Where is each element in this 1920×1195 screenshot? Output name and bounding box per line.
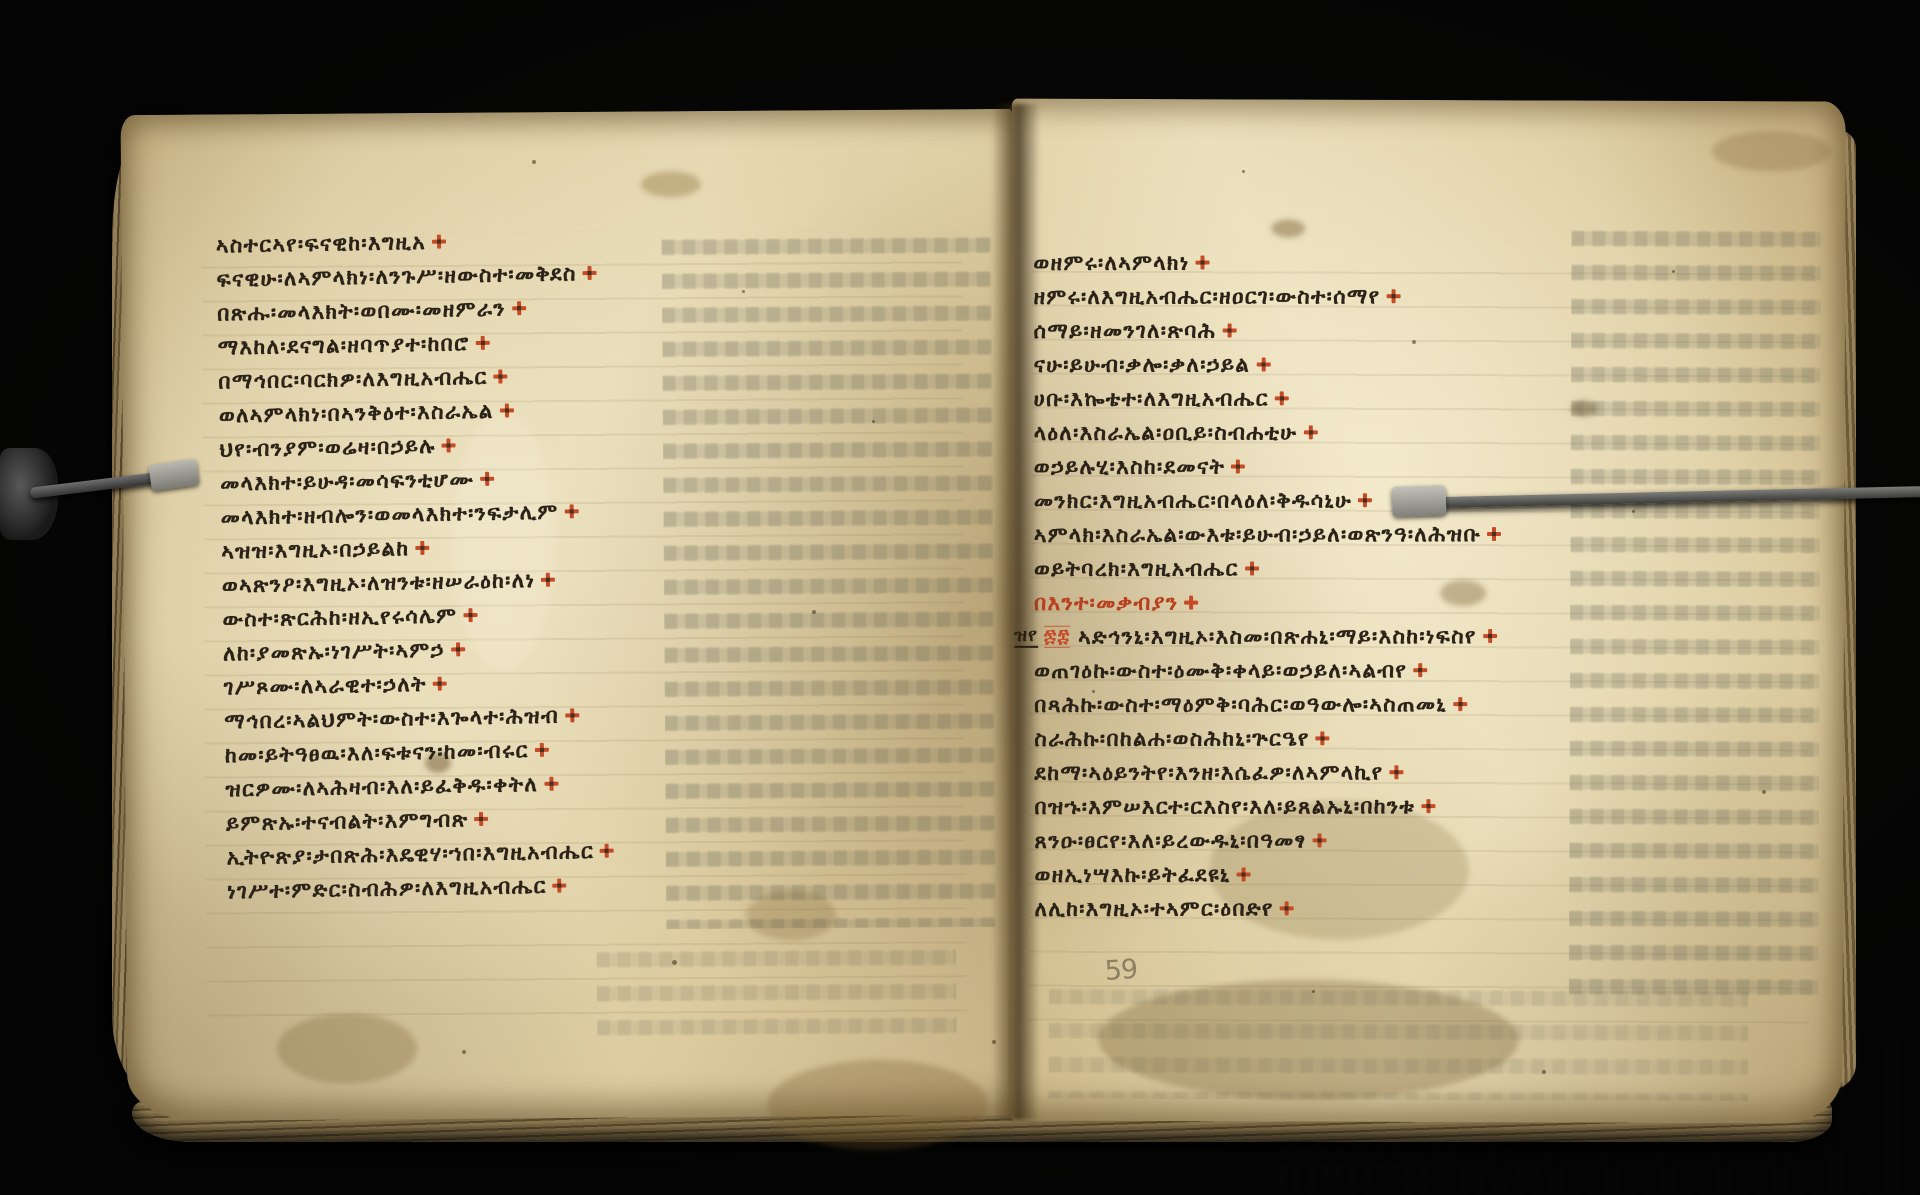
manuscript-line: ዝየ፷፰ኣድኅንኒ፡እግዚኦ፡እስመ፡በጽሐኒ፡ማይ፡እስከ፡ነፍስየ xyxy=(1014,619,1501,654)
line-end-cross-mark xyxy=(433,677,447,691)
manuscript-line: ወይትባረክ፡እግዚአብሔር xyxy=(1034,551,1501,586)
line-end-cross-mark xyxy=(1390,765,1404,779)
gutter-shadow xyxy=(992,104,1040,1120)
line-end-cross-mark xyxy=(494,369,508,383)
parchment-stain xyxy=(1271,219,1305,237)
geez-text: መላእክተ፡ዘብሎን፡ወመላእክተ፡ንፍታሊም xyxy=(220,495,558,535)
parchment-speck xyxy=(1632,510,1635,513)
parchment-speck xyxy=(1672,270,1675,273)
line-end-cross-mark xyxy=(1222,323,1236,337)
parchment-speck xyxy=(872,420,875,423)
line-end-cross-mark xyxy=(1386,289,1400,303)
line-end-cross-mark xyxy=(1196,256,1210,270)
line-end-cross-mark xyxy=(451,642,465,656)
manuscript-line: ወዘምሩ፡ለኣምላክነ xyxy=(1033,245,1500,280)
parchment-speck xyxy=(1312,990,1315,993)
line-end-cross-mark xyxy=(535,743,549,757)
line-end-cross-mark xyxy=(541,573,555,587)
geez-text: ከመ፡ይትዓፀዉ፡እለ፡ፍቱናን፡ከመ፡ብሩር xyxy=(225,733,529,772)
parchment-speck xyxy=(812,610,816,614)
parchment-speck xyxy=(1242,170,1245,173)
geez-text: በዝኁ፡እምሠእርተ፡ርእስየ፡እለ፡ይጸልኡኒ፡በከንቱ xyxy=(1034,789,1415,824)
geez-text: በማኅበር፡ባርክዎ፡ለእግዚአብሔር xyxy=(218,360,488,399)
parchment-stain xyxy=(1712,131,1832,171)
manuscript-line: በዝኁ፡እምሠእርተ፡ርእስየ፡እለ፡ይጸልኡኒ፡በከንቱ xyxy=(1034,789,1501,824)
parchment-speck xyxy=(1412,340,1416,344)
geez-text: ወይትባረክ፡እግዚአብሔር xyxy=(1034,551,1239,585)
geez-text: መንክር፡እግዚአብሔር፡በላዕለ፡ቅዱሳኒሁ xyxy=(1034,483,1352,518)
geez-text: ገሥጾሙ፡ለኣራዊተ፡ኃለት xyxy=(223,667,427,705)
line-end-cross-mark xyxy=(474,812,488,826)
line-end-cross-mark xyxy=(476,336,490,350)
parchment-speck xyxy=(1092,690,1095,693)
geez-text: በእንተ፡መቃብያን xyxy=(1034,586,1178,620)
geez-text: ለከ፡ያመጽኡ፡ነገሥት፡ኣምኃ xyxy=(223,633,445,671)
parchment-speck xyxy=(462,1050,466,1054)
geez-text: ወጠገዕኩ፡ውስተ፡ዕሙቅ፡ቀላይ፡ወኃይለ፡ኣልብየ xyxy=(1034,653,1407,688)
geez-text: ወለኣምላክነ፡በኣንቅዕተ፡እስራኤል xyxy=(219,394,494,433)
parchment-stain xyxy=(277,1013,417,1084)
line-end-cross-mark xyxy=(583,266,597,280)
bleed-through-text xyxy=(596,939,957,1052)
line-end-cross-mark xyxy=(415,541,429,555)
line-end-cross-mark xyxy=(1358,493,1372,507)
geez-text: ዘምሩ፡ለእግዚአብሔር፡ዘዐርገ፡ውስተ፡ሰማየ xyxy=(1034,279,1381,314)
parchment-speck xyxy=(1762,790,1766,794)
manuscript-line: ዘምሩ፡ለእግዚአብሔር፡ዘዐርገ፡ውስተ፡ሰማየ xyxy=(1034,279,1501,314)
line-end-cross-mark xyxy=(565,504,579,518)
geez-text: ስራሕኩ፡በከልሐ፡ወስሕከኒ፡ጕርዔየ xyxy=(1034,721,1309,755)
manuscript-line: ኣምላክ፡እስራኤል፡ውእቱ፡ይሁብ፡ኃይለ፡ወጽንዓ፡ለሕዝቡ xyxy=(1034,517,1501,552)
geez-text: ጸንዑ፡ፀርየ፡እለ፡ይረውዱኒ፡በዓመፃ xyxy=(1035,823,1307,857)
line-end-cross-mark xyxy=(463,608,477,622)
geez-text: ወዘምሩ፡ለኣምላክነ xyxy=(1033,246,1189,280)
manuscript-line: ነገሥተ፡ምድር፡ስብሕዎ፡ለእግዚአብሔር xyxy=(227,868,615,909)
line-end-cross-mark xyxy=(1316,731,1330,745)
bleed-through-text xyxy=(1569,221,1822,1002)
open-manuscript-book: ኣስተርኣየ፡ፍናዊከ፡እግዚአፍናዊሁ፡ለኣምላክነ፡ለንጉሥ፡ዘውስተ፡መቅ… xyxy=(112,90,1856,1142)
parchment-speck xyxy=(1542,1070,1546,1074)
geez-text: መላእክተ፡ይሁዳ፡መሳፍንቲሆሙ xyxy=(220,462,475,500)
line-end-cross-mark xyxy=(432,234,446,248)
line-end-cross-mark xyxy=(1280,901,1294,915)
geez-text: ኣዝዝ፡እግዚኦ፡በኃይልከ xyxy=(221,531,410,568)
geez-text: ደከማ፡ኣዕይንትየ፡እንዘ፡እሴፈዎ፡ለኣምላኪየ xyxy=(1034,755,1383,790)
geez-text: ውስተ፡ጽርሕከ፡ዘኢየሩሳሌም xyxy=(222,598,457,636)
manuscript-line: ደከማ፡ኣዕይንትየ፡እንዘ፡እሴፈዎ፡ለኣምላኪየ xyxy=(1034,755,1501,790)
geez-text: ለሊከ፡እግዚኦ፡ተኣምር፡ዕበድየ xyxy=(1035,891,1274,925)
bleed-through-text xyxy=(661,227,996,929)
right-support-clip xyxy=(1391,485,1446,517)
manuscript-line: ፍናዊሁ፡ለኣምላክነ፡ለንጉሥ፡ዘውስተ፡መቅደስ xyxy=(216,256,604,297)
line-end-cross-mark xyxy=(1303,425,1317,439)
geez-text: ነገሥተ፡ምድር፡ስብሕዎ፡ለእግዚአብሔር xyxy=(227,869,547,909)
manuscript-line: ጸንዑ፡ፀርየ፡እለ፡ይረውዱኒ፡በዓመፃ xyxy=(1035,823,1502,858)
geez-text: ላዕለ፡እስራኤል፡ዐቢይ፡ስብሐቲሁ xyxy=(1034,415,1298,449)
line-end-cross-mark xyxy=(1256,357,1270,371)
line-end-cross-mark xyxy=(1483,629,1497,643)
geez-text: ህየ፡ብንያም፡ወሬዛ፡በኃይሉ xyxy=(219,429,436,467)
line-end-cross-mark xyxy=(565,708,579,722)
parchment-speck xyxy=(362,510,365,513)
left-page: ኣስተርኣየ፡ፍናዊከ፡እግዚአፍናዊሁ፡ለኣምላክነ፡ለንጉሥ፡ዘውስተ፡መቅ… xyxy=(120,109,1019,1121)
parchment-speck xyxy=(532,160,536,164)
manuscript-line: መላእክተ፡ዘብሎን፡ወመላእክተ፡ንፍታሊም xyxy=(220,494,608,535)
line-end-cross-mark xyxy=(1245,561,1259,575)
line-end-cross-mark xyxy=(1231,459,1245,473)
manuscript-line: ላዕለ፡እስራኤል፡ዐቢይ፡ስብሐቲሁ xyxy=(1034,415,1501,450)
line-end-cross-mark xyxy=(442,438,456,452)
right-page-text-block: ወዘምሩ፡ለኣምላክነዘምሩ፡ለእግዚአብሔር፡ዘዐርገ፡ውስተ፡ሰማየሰማይ፡… xyxy=(1033,245,1501,926)
margin-psalm-numeral: ፷፰ xyxy=(1044,626,1070,648)
manuscript-line: ናሁ፡ይሁብ፡ቃሎ፡ቃለ፡ኃይል xyxy=(1034,347,1501,382)
geez-text: ዝርዎሙ፡ለኣሕዛብ፡እለ፡ይፈቅዱ፡ቀትለ xyxy=(225,767,538,806)
manuscript-line: ስራሕኩ፡በከልሐ፡ወስሕከኒ፡ጕርዔየ xyxy=(1034,721,1501,756)
line-end-cross-mark xyxy=(1421,799,1435,813)
manuscript-line: ማኅበረ፡ኣልህምት፡ውስተ፡እጐላተ፡ሕዝብ xyxy=(224,698,612,739)
line-end-cross-mark xyxy=(480,472,494,486)
manuscript-line: ኢትዮጽያ፡ታበጽሕ፡እዴዊሃ፡ኀበ፡እግዚአብሔር xyxy=(226,834,614,875)
line-end-cross-mark xyxy=(544,777,558,791)
bleed-through-text xyxy=(1048,979,1748,1101)
right-page: ወዘምሩ፡ለኣምላክነዘምሩ፡ለእግዚአብሔር፡ዘዐርገ፡ውስተ፡ሰማየሰማይ፡… xyxy=(1008,99,1846,1124)
pencil-folio-number: 59 xyxy=(1104,954,1138,987)
line-end-cross-mark xyxy=(1413,663,1427,677)
line-end-cross-mark xyxy=(1275,391,1289,405)
geez-text: ወኣጽንዖ፡እግዚኦ፡ለዝንቱ፡ዘሠራዕከ፡ለነ xyxy=(222,563,536,602)
geez-text: ኣድኅንኒ፡እግዚኦ፡እስመ፡በጽሐኒ፡ማይ፡እስከ፡ነፍስየ xyxy=(1078,619,1477,654)
manuscript-line: ወኃይሉሂ፡እስከ፡ደመናት xyxy=(1034,449,1501,484)
geez-text: ሰማይ፡ዘመንገለ፡ጽባሕ xyxy=(1034,314,1217,348)
geez-text: በጻሕኩ፡ውስተ፡ማዕምቅ፡ባሕር፡ወዓውሎ፡ኣስጠመኒ xyxy=(1034,687,1447,722)
manuscript-line: ወጠገዕኩ፡ውስተ፡ዕሙቅ፡ቀላይ፡ወኃይለ፡ኣልብየ xyxy=(1034,653,1501,688)
line-end-cross-mark xyxy=(600,844,614,858)
geez-text: ወኃይሉሂ፡እስከ፡ደመናት xyxy=(1034,450,1225,484)
parchment-stain xyxy=(641,171,701,197)
geez-text: ኣስተርኣየ፡ፍናዊከ፡እግዚአ xyxy=(216,225,427,263)
left-page-text-block: ኣስተርኣየ፡ፍናዊከ፡እግዚአፍናዊሁ፡ለኣምላክነ፡ለንጉሥ፡ዘውስተ፡መቅ… xyxy=(216,222,615,909)
geez-text: ኣምላክ፡እስራኤል፡ውእቱ፡ይሁብ፡ኃይለ፡ወጽንዓ፡ለሕዝቡ xyxy=(1034,517,1481,552)
line-end-cross-mark xyxy=(1313,833,1327,847)
geez-text: ይምጽኡ፡ተናብልት፡እምግብጽ xyxy=(226,802,469,840)
manuscript-line: ወዘኢነሣእኩ፡ይትፈደዩኒ xyxy=(1035,857,1502,892)
geez-text: ፍናዊሁ፡ለኣምላክነ፡ለንጉሥ፡ዘውስተ፡መቅደስ xyxy=(216,256,577,296)
manuscript-line: ሀቡ፡እኰቴተ፡ለእግዚአብሔር xyxy=(1034,381,1501,416)
line-end-cross-mark xyxy=(1487,527,1501,541)
rubric-line: በእንተ፡መቃብያን xyxy=(1034,585,1501,620)
parchment-speck xyxy=(992,1040,996,1044)
line-end-cross-mark xyxy=(512,301,526,315)
manuscript-line: ለሊከ፡እግዚኦ፡ተኣምር፡ዕበድየ xyxy=(1035,891,1502,926)
line-end-cross-mark xyxy=(500,403,514,417)
geez-text: ሀቡ፡እኰቴተ፡ለእግዚአብሔር xyxy=(1034,381,1269,415)
manuscript-line: በጻሕኩ፡ውስተ፡ማዕምቅ፡ባሕር፡ወዓውሎ፡ኣስጠመኒ xyxy=(1034,687,1501,722)
geez-text: በጽሑ፡መላእክት፡ወበሙ፡መዘምራን xyxy=(217,291,506,330)
parchment-speck xyxy=(672,960,677,965)
manuscript-line: ሰማይ፡ዘመንገለ፡ጽባሕ xyxy=(1034,313,1501,348)
parchment-speck xyxy=(742,290,745,293)
geez-text: ናሁ፡ይሁብ፡ቃሎ፡ቃለ፡ኃይል xyxy=(1034,347,1251,381)
line-end-cross-mark xyxy=(1184,596,1198,610)
line-end-cross-mark xyxy=(1237,867,1251,881)
geez-text: ወዘኢነሣእኩ፡ይትፈደዩኒ xyxy=(1035,858,1231,892)
geez-text: ማእከለ፡ደናግል፡ዘባጥያተ፡ከበሮ xyxy=(218,326,470,364)
line-end-cross-mark xyxy=(553,878,567,892)
line-end-cross-mark xyxy=(1453,697,1467,711)
